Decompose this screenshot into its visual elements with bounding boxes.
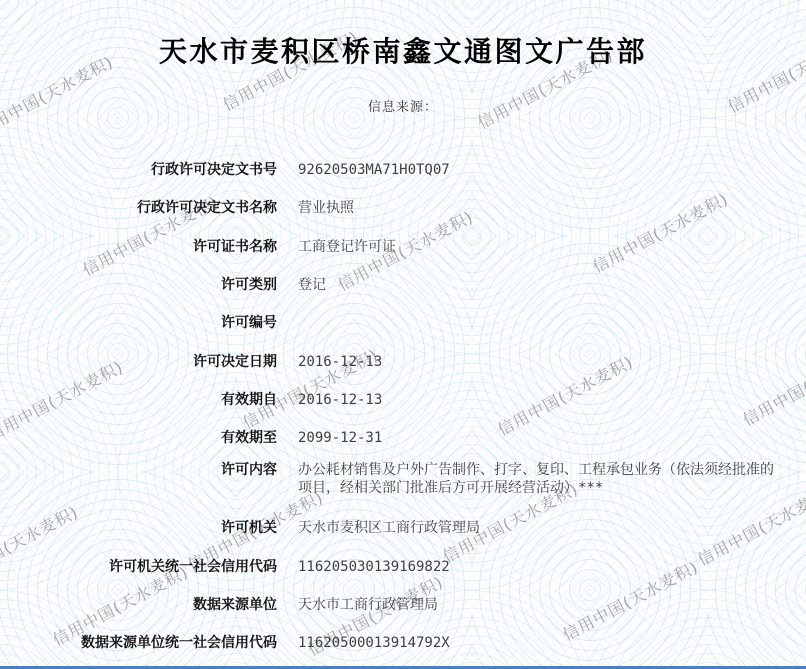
- field-value: 登记: [298, 276, 780, 294]
- field-value: 天水市工商行政管理局: [298, 596, 780, 614]
- field-row: 数据来源单位 天水市工商行政管理局: [0, 596, 780, 614]
- field-row: 许可内容 办公耗材销售及户外广告制作、打字、复印、工程承包业务（依法须经批准的项…: [0, 461, 780, 497]
- field-row: 行政许可决定文书号 92620503MA71H0TQ07: [0, 161, 780, 179]
- field-value: 工商登记许可证: [298, 238, 780, 256]
- field-label: 许可证书名称: [0, 238, 277, 256]
- field-label: 数据来源单位: [0, 596, 277, 614]
- field-value: 92620503MA71H0TQ07: [298, 161, 780, 179]
- field-value: 2016-12-13: [298, 353, 780, 371]
- field-value: 营业执照: [298, 199, 780, 217]
- info-source-label: 信息来源：: [0, 96, 806, 115]
- page-title: 天水市麦积区桥南鑫文通图文广告部: [0, 30, 806, 70]
- license-detail-page: 信用中国(天水麦积)信用中国(天水麦积)信用中国(天水麦积)信用中国(天水麦积)…: [0, 0, 806, 669]
- field-row: 许可类别 登记: [0, 276, 780, 294]
- field-value: 办公耗材销售及户外广告制作、打字、复印、工程承包业务（依法须经批准的项目，经相关…: [298, 461, 780, 497]
- field-value: 11620500013914792X: [298, 634, 780, 652]
- field-label: 许可决定日期: [0, 353, 277, 371]
- field-label: 许可机关统一社会信用代码: [0, 558, 277, 576]
- field-label: 有效期至: [0, 429, 277, 447]
- field-row: 有效期至 2099-12-31: [0, 429, 780, 447]
- field-value: 天水市麦积区工商行政管理局: [298, 519, 780, 537]
- field-row: 行政许可决定文书名称 营业执照: [0, 199, 780, 217]
- field-value: 2099-12-31: [298, 429, 780, 447]
- field-label: 许可内容: [0, 461, 277, 479]
- field-row: 许可机关统一社会信用代码 116205030139169822: [0, 558, 780, 576]
- field-row: 有效期自 2016-12-13: [0, 391, 780, 409]
- field-row: 许可机关 天水市麦积区工商行政管理局: [0, 519, 780, 537]
- field-label: 有效期自: [0, 391, 277, 409]
- field-label: 许可机关: [0, 519, 277, 537]
- field-label: 数据来源单位统一社会信用代码: [0, 634, 277, 652]
- field-label: 行政许可决定文书名称: [0, 199, 277, 217]
- field-row: 数据来源单位统一社会信用代码 11620500013914792X: [0, 634, 780, 652]
- field-label: 行政许可决定文书号: [0, 161, 277, 179]
- field-row: 许可决定日期 2016-12-13: [0, 353, 780, 371]
- field-row: 许可证书名称 工商登记许可证: [0, 238, 780, 256]
- field-label: 许可类别: [0, 276, 277, 294]
- content-area: 天水市麦积区桥南鑫文通图文广告部 信息来源： 行政许可决定文书号 9262050…: [0, 0, 806, 669]
- field-label: 许可编号: [0, 314, 277, 332]
- field-value: 116205030139169822: [298, 558, 780, 576]
- field-row: 许可编号: [0, 314, 780, 332]
- field-value: 2016-12-13: [298, 391, 780, 409]
